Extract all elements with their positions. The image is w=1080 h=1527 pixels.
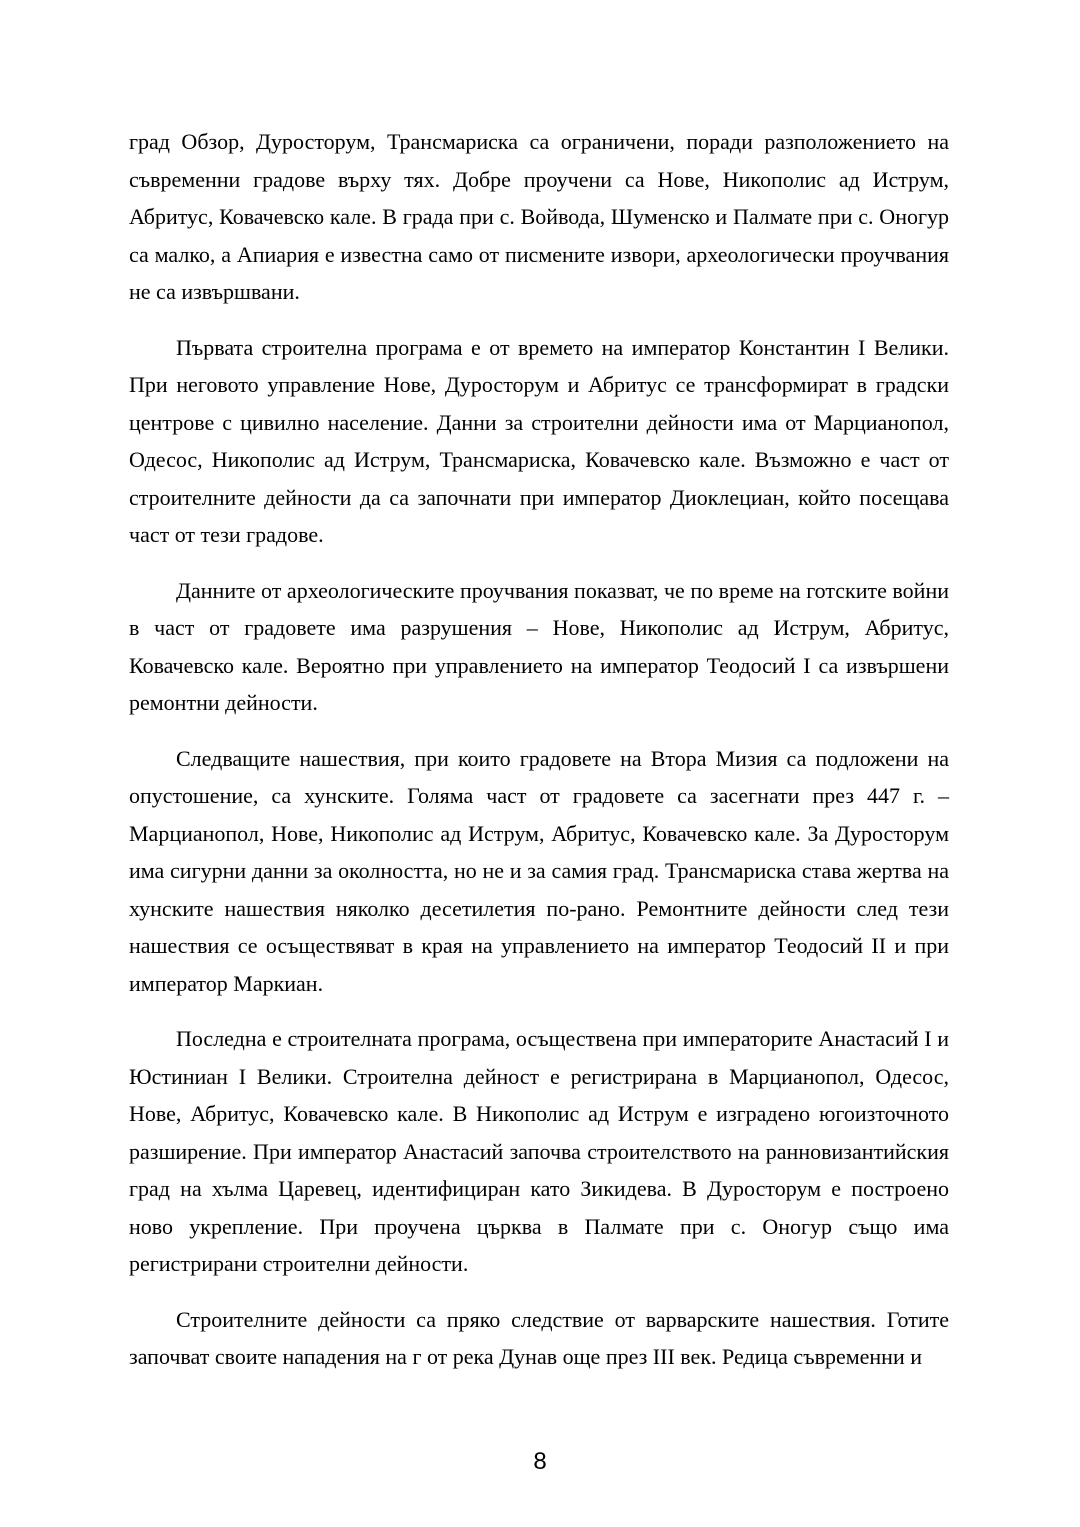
paragraph-6: Строителните дейности са пряко следствие… [129,1301,949,1376]
document-body: град Обзор, Дуросторум, Трансмариска са … [129,123,949,1394]
paragraph-4: Следващите нашествия, при които градовет… [129,740,949,1003]
document-page: град Обзор, Дуросторум, Трансмариска са … [0,0,1080,1527]
page-number: 8 [0,1448,1080,1476]
paragraph-3: Данните от археологическите проучвания п… [129,572,949,722]
paragraph-1: град Обзор, Дуросторум, Трансмариска са … [129,123,949,311]
paragraph-5: Последна е строителната програма, осъщес… [129,1020,949,1283]
paragraph-2: Първата строителна програма е от времето… [129,329,949,554]
